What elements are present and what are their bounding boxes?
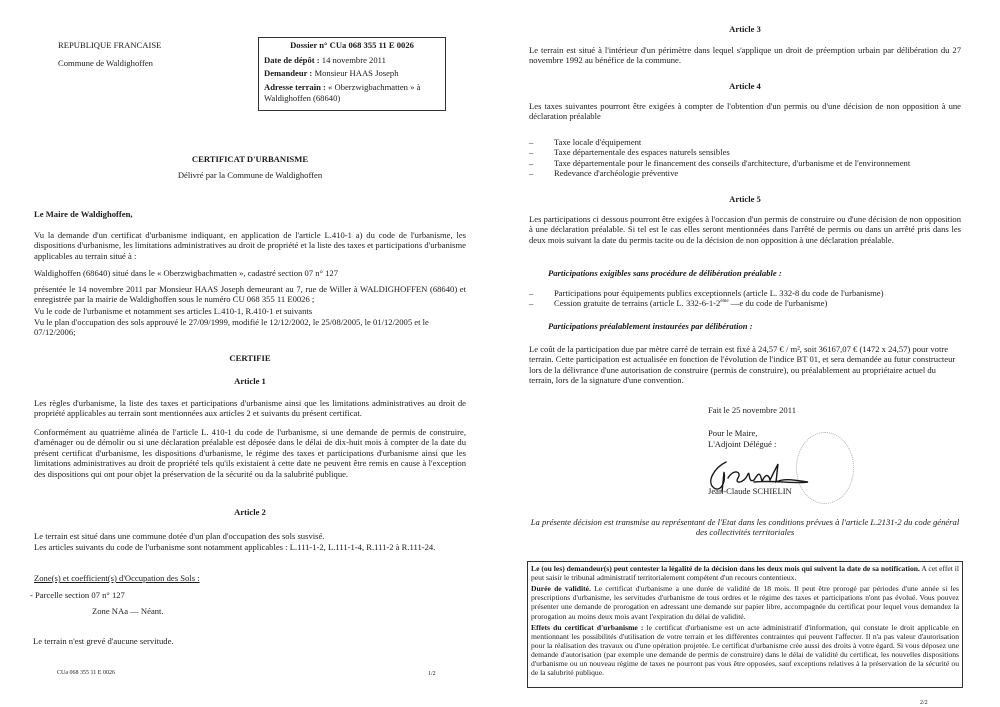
article-1-paragraph-1: Les règles d'urbanisme, la liste des tax… [34,398,466,419]
certificate-title: CERTIFICAT D'URBANISME [0,154,500,164]
participation-item: Cession gratuite de terrains (article L.… [529,298,961,308]
applicant-label: Demandeur : [264,68,312,78]
tax-item: Redevance d'archéologie préventive [529,168,961,178]
recital-request: Vu la demande d'un certificat d'urbanism… [34,230,466,261]
tax-item: Taxe départementale des espaces naturels… [529,147,961,157]
contest-notice: Le (ou les) demandeur(s) peut contester … [531,564,959,582]
signatory-name: Jean-Claude SCHIELIN [708,486,792,496]
signature-date: Fait le 25 novembre 2011 [708,405,796,415]
parcel-line: - Parcelle section 07 n° 127 [30,590,125,600]
signature-role: L'Adjoint Délégué : [708,439,776,449]
certificate-subtitle: Délivré par la Commune de Waldighoffen [0,170,500,180]
legal-notice-box: Le (ou les) demandeur(s) peut contester … [527,561,963,688]
effects-notice: Effets du certificat d'urbanisme : le ce… [531,623,959,678]
deposit-date-label: Date de dépôt : [264,55,320,65]
recital-location: Waldighoffen (68640) situé dans le « Obe… [34,268,466,278]
tax-list: Taxe locale d'équipement Taxe départemen… [529,137,961,179]
participations-list: Participations pour équipements publics … [529,288,961,309]
article-2-paragraph-1: Le terrain est situé dans une commune do… [34,531,466,541]
article-2-heading: Article 2 [0,507,500,517]
deposit-date-value: 14 novembre 2011 [322,55,386,65]
zone-heading: Zone(s) et coefficient(s) d'Occupation d… [34,573,466,583]
transmission-notice: La présente décision est transmise au re… [530,517,960,538]
participation-item: Participations pour équipements publics … [529,288,961,298]
footer-reference: CUa 068 355 11 E 0026 [57,670,115,677]
article-5-heading: Article 5 [500,194,990,204]
recital-pos: Vu le plan d'occupation des sols approuv… [34,317,466,338]
republic-label: REPUBLIQUE FRANCAISE [58,40,161,50]
article-1-heading: Article 1 [0,376,500,386]
article-3-heading: Article 3 [500,24,990,34]
tax-item: Taxe départementale pour le financement … [529,158,961,168]
mayor-heading: Le Maire de Waldighoffen, [34,209,466,219]
article-1-paragraph-2: Conformément au quatrième alinéa de l'ar… [34,427,466,479]
article-4-heading: Article 4 [500,81,990,91]
article-2-paragraph-2: Les articles suivants du code de l'urban… [34,542,466,552]
recital-presented: présentée le 14 novembre 2011 par Monsie… [34,284,466,305]
participations-deliberation-heading: Participations préalablement instaurées … [548,321,753,331]
certifie-heading: CERTIFIE [0,353,500,363]
servitude-line: Le terrain n'est grevé d'aucune servitud… [33,636,174,646]
page-2: Article 3 Le terrain est situé à l'intér… [500,0,1000,707]
dossier-info-box: Dossier n° CUa 068 355 11 E 0026 Date de… [258,37,446,111]
page-number: 2/2 [920,700,928,707]
article-5-paragraph-2: Le coût de la participation due par mètr… [529,344,961,386]
page-number: 1/2 [428,671,436,678]
dossier-number: Dossier n° CUa 068 355 11 E 0026 [264,40,440,51]
page-1: REPUBLIQUE FRANCAISE Commune de Waldigho… [0,0,500,707]
article-3-paragraph: Le terrain est situé à l'intérieur d'un … [529,45,961,66]
article-5-paragraph-1: Les participations ci dessous pourront ê… [529,214,961,245]
recital-code: Vu le code de l'urbanisme et notamment s… [34,306,466,316]
applicant: Demandeur : Monsieur HAAS Joseph [264,68,440,79]
signature-for: Pour le Maire, [708,428,757,438]
article-4-paragraph: Les taxes suivantes pourront être exigée… [529,101,961,122]
applicant-value: Monsieur HAAS Joseph [314,68,398,78]
land-address-label: Adresse terrain : [264,82,326,92]
tax-item: Taxe locale d'équipement [529,137,961,147]
participations-without-deliberation-heading: Participations exigibles sans procédure … [548,268,782,278]
land-address: Adresse terrain : « Oberzwigbachmatten »… [264,82,440,103]
validity-notice: Durée de validité. Le certificat d'urban… [531,584,959,620]
deposit-date: Date de dépôt : 14 novembre 2011 [264,55,440,66]
commune-label: Commune de Waldighoffen [58,58,153,68]
zone-line: Zone NAa — Néant. [92,606,164,616]
